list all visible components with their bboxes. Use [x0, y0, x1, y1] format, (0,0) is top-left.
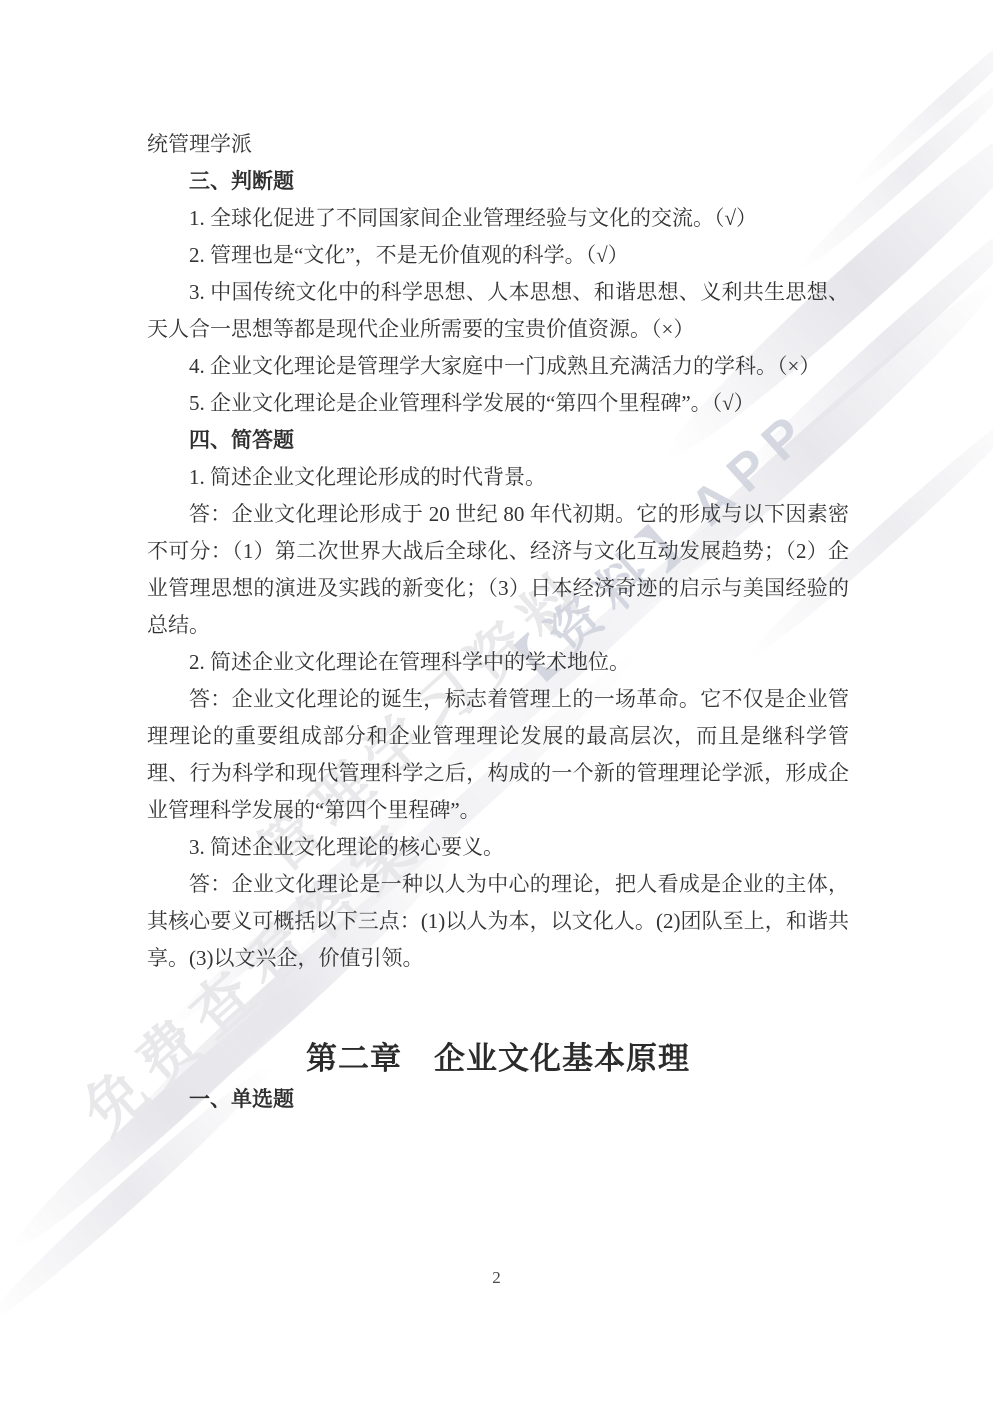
short-answer-question: 3. 简述企业文化理论的核心要义。 — [147, 829, 849, 866]
page-number: 2 — [0, 1268, 993, 1288]
document-content: 统管理学派 三、判断题 1. 全球化促进了不同国家间企业管理经验与文化的交流。（… — [147, 126, 849, 1118]
short-answer-answer: 答：企业文化理论形成于 20 世纪 80 年代初期。它的形成与以下因素密不可分：… — [147, 496, 849, 644]
document-page: 免费查看答案 管理学习资料 【资料】APP 统管理学派 三、判断题 1. 全球化… — [0, 0, 993, 1404]
judgment-item: 2. 管理也是“文化”，不是无价值观的科学。（√） — [147, 237, 849, 274]
chapter-title: 第二章 企业文化基本原理 — [147, 1037, 849, 1081]
short-answer-answer: 答：企业文化理论是一种以人为中心的理论，把人看成是企业的主体，其核心要义可概括以… — [147, 866, 849, 977]
short-answer-question: 1. 简述企业文化理论形成的时代背景。 — [147, 459, 849, 496]
short-answer-question: 2. 简述企业文化理论在管理科学中的学术地位。 — [147, 644, 849, 681]
section-heading-short-answer: 四、简答题 — [147, 422, 849, 459]
judgment-item: 3. 中国传统文化中的科学思想、人本思想、和谐思想、义利共生思想、天人合一思想等… — [147, 274, 849, 348]
judgment-item: 1. 全球化促进了不同国家间企业管理经验与文化的交流。（√） — [147, 200, 849, 237]
section-heading-judgment: 三、判断题 — [147, 163, 849, 200]
short-answer-answer: 答：企业文化理论的诞生，标志着管理上的一场革命。它不仅是企业管理理论的重要组成部… — [147, 681, 849, 829]
section-heading-single-choice: 一、单选题 — [147, 1081, 849, 1118]
watermark-streak — [847, 5, 993, 192]
judgment-item: 4. 企业文化理论是管理学大家庭中一门成熟且充满活力的学科。（×） — [147, 348, 849, 385]
carryover-text: 统管理学派 — [147, 126, 849, 163]
judgment-item: 5. 企业文化理论是企业管理科学发展的“第四个里程碑”。（√） — [147, 385, 849, 422]
